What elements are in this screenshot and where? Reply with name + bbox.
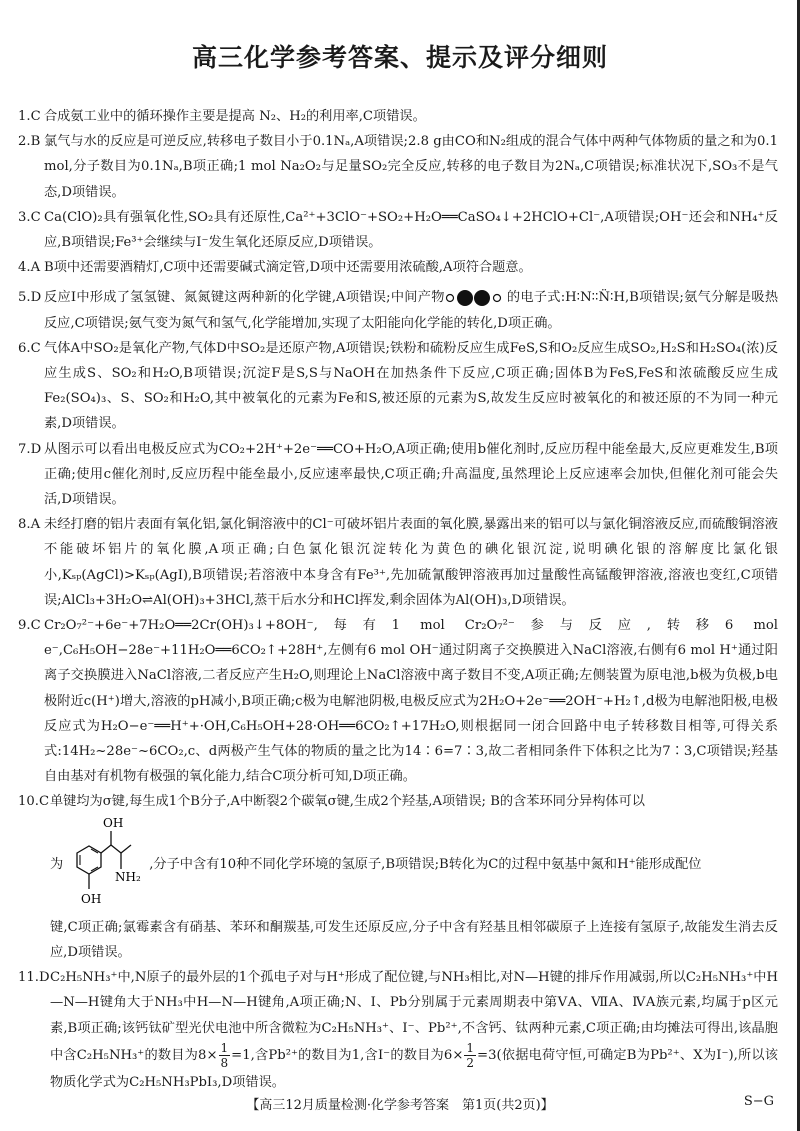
answer-number: 10.C (18, 789, 49, 814)
structure-line: 为 OH NH₂ OH ,分子中含有10种不同化学环境的氢原子,B项 (50, 815, 778, 915)
answer-text: 氯气与水的反应是可逆反应,转移电子数目小于0.1Nₐ,A项错误;2.8 g由CO… (44, 134, 778, 199)
answer-text: 气体A中SO₂是氧化产物,气体D中SO₂是还原产物,A项错误;铁粉和硫粉反应生成… (44, 341, 778, 432)
answer-number: 1.C (18, 104, 41, 129)
answer-sheet-page: 高三化学参考答案、提示及评分细则 1.C 合成氨工业中的循环操作主要是提高 N₂… (0, 0, 800, 1131)
svg-text:OH: OH (81, 892, 101, 906)
answer-2: 2.B 氯气与水的反应是可逆反应,转移电子数目小于0.1Nₐ,A项错误;2.8 … (18, 129, 778, 205)
answer-7: 7.D 从图示可以看出电极反应式为CO₂+2H⁺+2e⁻══CO+H₂O,A项正… (18, 437, 778, 513)
answer-text: Ca(ClO)₂具有强氧化性,SO₂具有还原性,Ca²⁺+3ClO⁻+SO₂+H… (44, 210, 778, 250)
page-title: 高三化学参考答案、提示及评分细则 (0, 38, 800, 74)
answer-text-b: =1,含Pb²⁺的数目为1,含I⁻的数目为6× (231, 1048, 463, 1063)
answer-text-line1: 单键均为σ键,每生成1个B分子,A中断裂2个碳氧σ键,生成2个羟基,A项错误; … (50, 794, 645, 809)
footer-page-info: 【高三12月质量检测·化学参考答案 第1页(共2页)】 (0, 1094, 800, 1113)
answer-number: 5.D (18, 285, 41, 310)
answer-8: 8.A 未经打磨的铝片表面有氧化铝,氯化铜溶液中的Cl⁻可破坏铝片表面的氧化膜,… (18, 512, 778, 613)
fraction: 12 (464, 1041, 476, 1070)
answer-number: 7.D (18, 437, 41, 462)
answer-text: Cr₂O₇²⁻+6e⁻+7H₂O══2Cr(OH)₃↓+8OH⁻,每有1 mol… (44, 618, 778, 784)
answer-text: 未经打磨的铝片表面有氧化铝,氯化铜溶液中的Cl⁻可破坏铝片表面的氧化膜,暴露出来… (44, 517, 778, 608)
answer-3: 3.C Ca(ClO)₂具有强氧化性,SO₂具有还原性,Ca²⁺+3ClO⁻+S… (18, 205, 778, 255)
answer-4: 4.A B项中还需要酒精灯,C项中还需要碱式滴定管,D项中还需要用浓硫酸,A项符… (18, 255, 778, 280)
answer-text: B项中还需要酒精灯,C项中还需要碱式滴定管,D项中还需要用浓硫酸,A项符合题意。 (44, 260, 532, 275)
answer-number: 3.C (18, 205, 41, 230)
answer-number: 11.D (18, 965, 50, 990)
answer-number: 6.C (18, 336, 41, 361)
fraction: 18 (219, 1041, 231, 1070)
answer-5: 5.D 反应Ⅰ中形成了氢氢键、氮氮键这两种新的化学键,A项错误;中间产物的电子式… (18, 285, 778, 335)
answer-text: 从图示可以看出电极反应式为CO₂+2H⁺+2e⁻══CO+H₂O,A项正确;使用… (44, 442, 778, 507)
answers-body: 1.C 合成氨工业中的循环操作主要是提高 N₂、H₂的利用率,C项错误。 2.B… (18, 104, 778, 1095)
answer-11: 11.D C₂H₅NH₃⁺中,N原子的最外层的1个孤电子对与H⁺形成了配位键,与… (18, 965, 778, 1095)
svg-text:NH₂: NH₂ (115, 870, 141, 884)
answer-text-after-structure: ,分子中含有10种不同化学环境的氢原子,B项错误;B转化为C的过程中氨基中氮和H… (149, 852, 701, 877)
answer-6: 6.C 气体A中SO₂是氧化产物,气体D中SO₂是还原产物,A项错误;铁粉和硫粉… (18, 336, 778, 437)
answer-10: 10.C 单键均为σ键,每生成1个B分子,A中断裂2个碳氧σ键,生成2个羟基,A… (18, 789, 778, 965)
answer-number: 8.A (18, 512, 40, 537)
answer-text-before: 反应Ⅰ中形成了氢氢键、氮氮键这两种新的化学键,A项错误;中间产物 (44, 290, 445, 305)
footer-code: S−G (744, 1094, 774, 1109)
molecular-structure-icon: OH NH₂ OH (67, 815, 145, 915)
answer-text: 合成氨工业中的循环操作主要是提高 N₂、H₂的利用率,C项错误。 (44, 109, 426, 124)
answer-number: 9.C (18, 613, 41, 638)
answer-9: 9.C Cr₂O₇²⁻+6e⁻+7H₂O══2Cr(OH)₃↓+8OH⁻,每有1… (18, 613, 778, 789)
answer-text-rest: 键,C项正确;氯霉素含有硝基、苯环和酮羰基,可发生还原反应,分子中含有羟基且相邻… (50, 920, 778, 960)
answer-text-before-structure: 为 (50, 852, 63, 877)
answer-number: 4.A (18, 255, 40, 280)
answer-1: 1.C 合成氨工业中的循环操作主要是提高 N₂、H₂的利用率,C项错误。 (18, 104, 778, 129)
answer-number: 2.B (18, 129, 40, 154)
svg-text:OH: OH (103, 816, 123, 830)
ball-model-icon (445, 290, 507, 306)
